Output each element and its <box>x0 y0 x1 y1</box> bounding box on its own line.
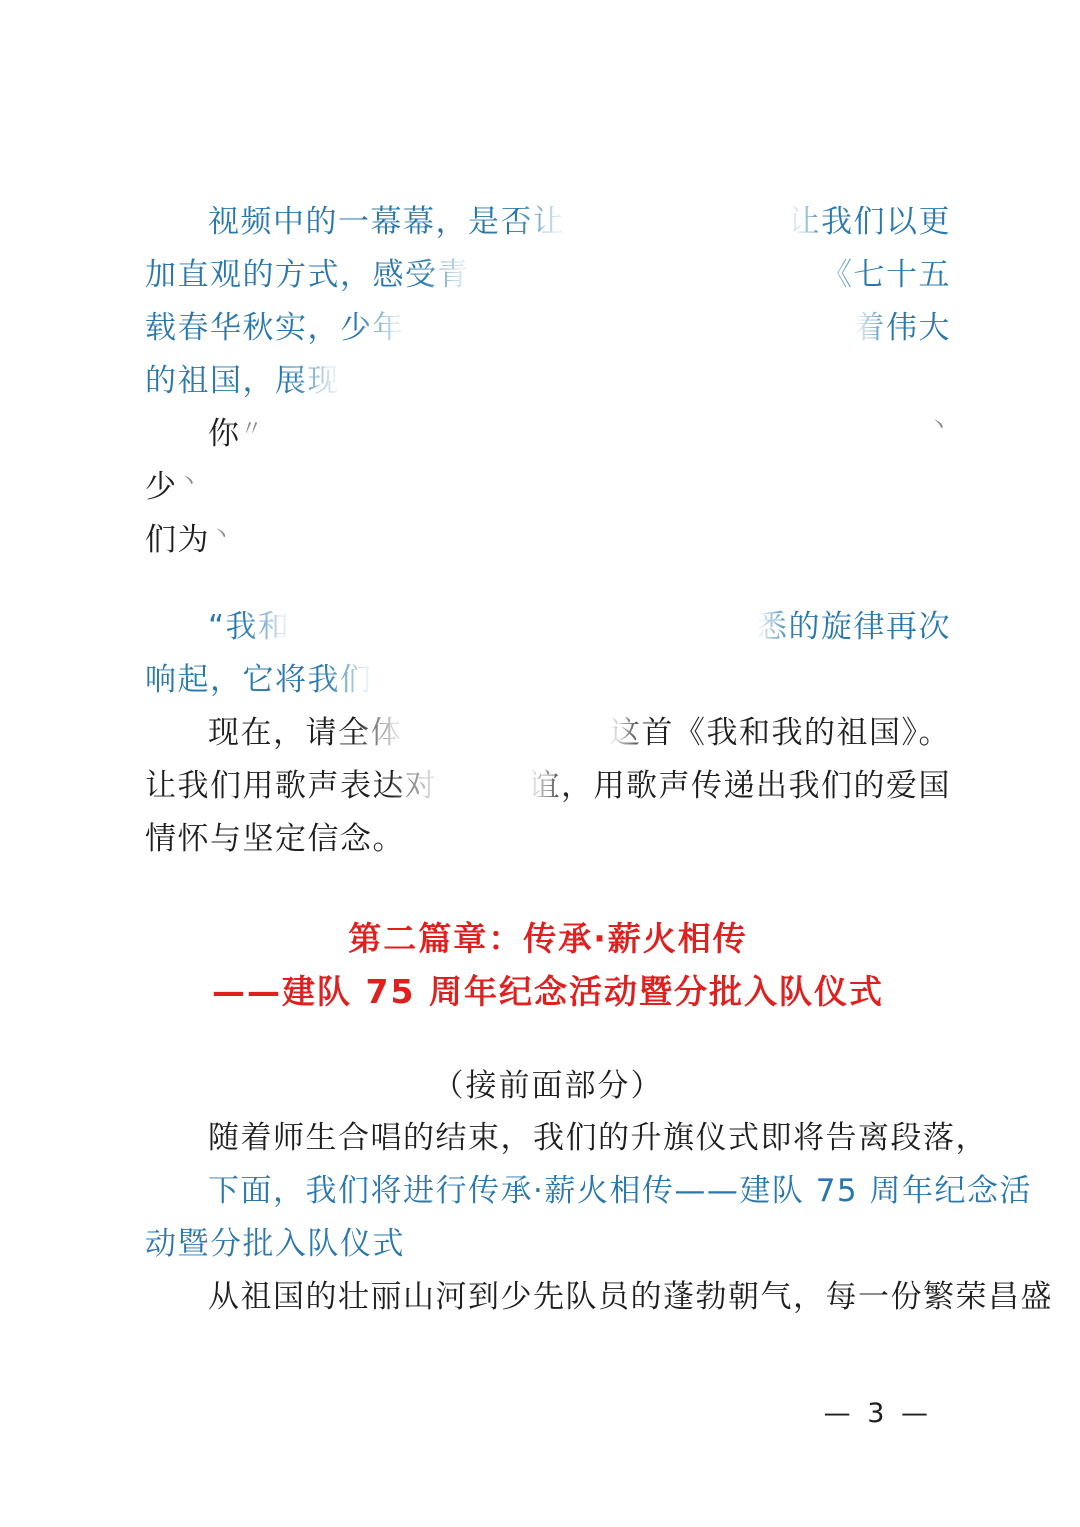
document-page: 视频中的一幕幕，是否让 让我们以更 加直观的方式，感受青 《七十五 载春华秋实，… <box>0 0 1080 1527</box>
line-fragment-right: 《七十五 <box>821 249 951 302</box>
page-number: — 3 — <box>824 1398 932 1429</box>
line-fragment-left: 你〃 <box>145 408 264 461</box>
line-fragment-left: 加直观的方式，感受青 <box>145 249 470 302</box>
stroke-remnant: 〃 <box>241 403 265 456</box>
script-line: 让我们用歌声表达对 谊，用歌声传递出我们的爱国 <box>145 760 951 813</box>
script-line: 们为丶 <box>145 514 951 567</box>
section-two-body: 随着师生合唱的结束，我们的升旗仪式即将告离段落， 下面，我们将进行传承·薪火相传… <box>145 1112 951 1324</box>
script-line: 你〃 丶 <box>145 408 951 461</box>
line-fragment-left: 情怀与坚定信念。 <box>145 813 405 866</box>
line-fragment-left: 视频中的一幕幕，是否让 <box>145 196 566 249</box>
line-fragment-left: 现在，请全体 <box>145 707 403 760</box>
line-fragment-right: 着伟大 <box>854 302 952 355</box>
paragraph-song: “我和 悉的旋律再次 响起，它将我们 <box>145 601 951 707</box>
script-line: 从祖国的壮丽山河到少先队员的蓬勃朝气，每一份繁荣昌盛 <box>145 1271 951 1324</box>
continuation-note: （接前面部分） <box>145 1060 951 1113</box>
script-line: 动暨分批入队仪式 <box>145 1218 951 1271</box>
script-line: 少丶 <box>145 461 951 514</box>
line-fragment-left: 们为丶 <box>145 514 234 567</box>
chapter-heading: 第二篇章：传承·薪火相传 ——建队 75 周年纪念活动暨分批入队仪式 <box>145 912 951 1018</box>
line-fragment-left: 响起，它将我们 <box>145 654 373 707</box>
script-line: 响起，它将我们 <box>145 654 951 707</box>
script-line: 下面，我们将进行传承·薪火相传——建队 75 周年纪念活 <box>145 1165 951 1218</box>
chapter-heading-line2: ——建队 75 周年纪念活动暨分批入队仪式 <box>145 965 951 1018</box>
line-fragment-right: 谊，用歌声传递出我们的爱国 <box>529 760 952 813</box>
line-fragment-right: 让我们以更 <box>789 196 952 249</box>
stroke-remnant: 丶 <box>927 400 951 453</box>
script-line: 情怀与坚定信念。 <box>145 813 951 866</box>
chapter-heading-line1: 第二篇章：传承·薪火相传 <box>145 912 951 965</box>
script-line: 随着师生合唱的结束，我们的升旗仪式即将告离段落， <box>145 1112 951 1165</box>
line-fragment-left: 动暨分批入队仪式 <box>145 1218 405 1271</box>
script-line: 现在，请全体 这首《我和我的祖国》。 <box>145 707 951 760</box>
script-line: 加直观的方式，感受青 《七十五 <box>145 249 951 302</box>
paragraph-video: 视频中的一幕幕，是否让 让我们以更 加直观的方式，感受青 《七十五 载春华秋实，… <box>145 196 951 408</box>
line-fragment-left: 让我们用歌声表达对 <box>145 760 438 813</box>
line-fragment-right: 悉的旋律再次 <box>756 601 951 654</box>
script-line: 视频中的一幕幕，是否让 让我们以更 <box>145 196 951 249</box>
line-fragment-left: 随着师生合唱的结束，我们的升旗仪式即将告离段落， <box>145 1112 988 1165</box>
line-fragment-right: 这首《我和我的祖国》。 <box>609 707 951 760</box>
script-line: 载春华秋实，少年 着伟大 <box>145 302 951 355</box>
line-fragment-left: 载春华秋实，少年 <box>145 302 405 355</box>
line-fragment-left: 从祖国的壮丽山河到少先队员的蓬勃朝气，每一份繁荣昌盛 <box>145 1271 1053 1324</box>
line-fragment-left: “我和 <box>145 601 291 654</box>
paragraph-faded: 你〃 丶 少丶 们为丶 <box>145 408 951 567</box>
stroke-remnant: 丶 <box>210 509 234 562</box>
script-line: “我和 悉的旋律再次 <box>145 601 951 654</box>
paragraph-sing: 现在，请全体 这首《我和我的祖国》。 让我们用歌声表达对 谊，用歌声传递出我们的… <box>145 707 951 866</box>
line-fragment-left: 少丶 <box>145 461 201 514</box>
line-fragment-left: 下面，我们将进行传承·薪火相传——建队 75 周年纪念活 <box>145 1165 1032 1218</box>
stroke-remnant: 丶 <box>178 456 202 509</box>
line-fragment-left: 的祖国，展现 <box>145 355 340 408</box>
script-line: 的祖国，展现 <box>145 355 951 408</box>
